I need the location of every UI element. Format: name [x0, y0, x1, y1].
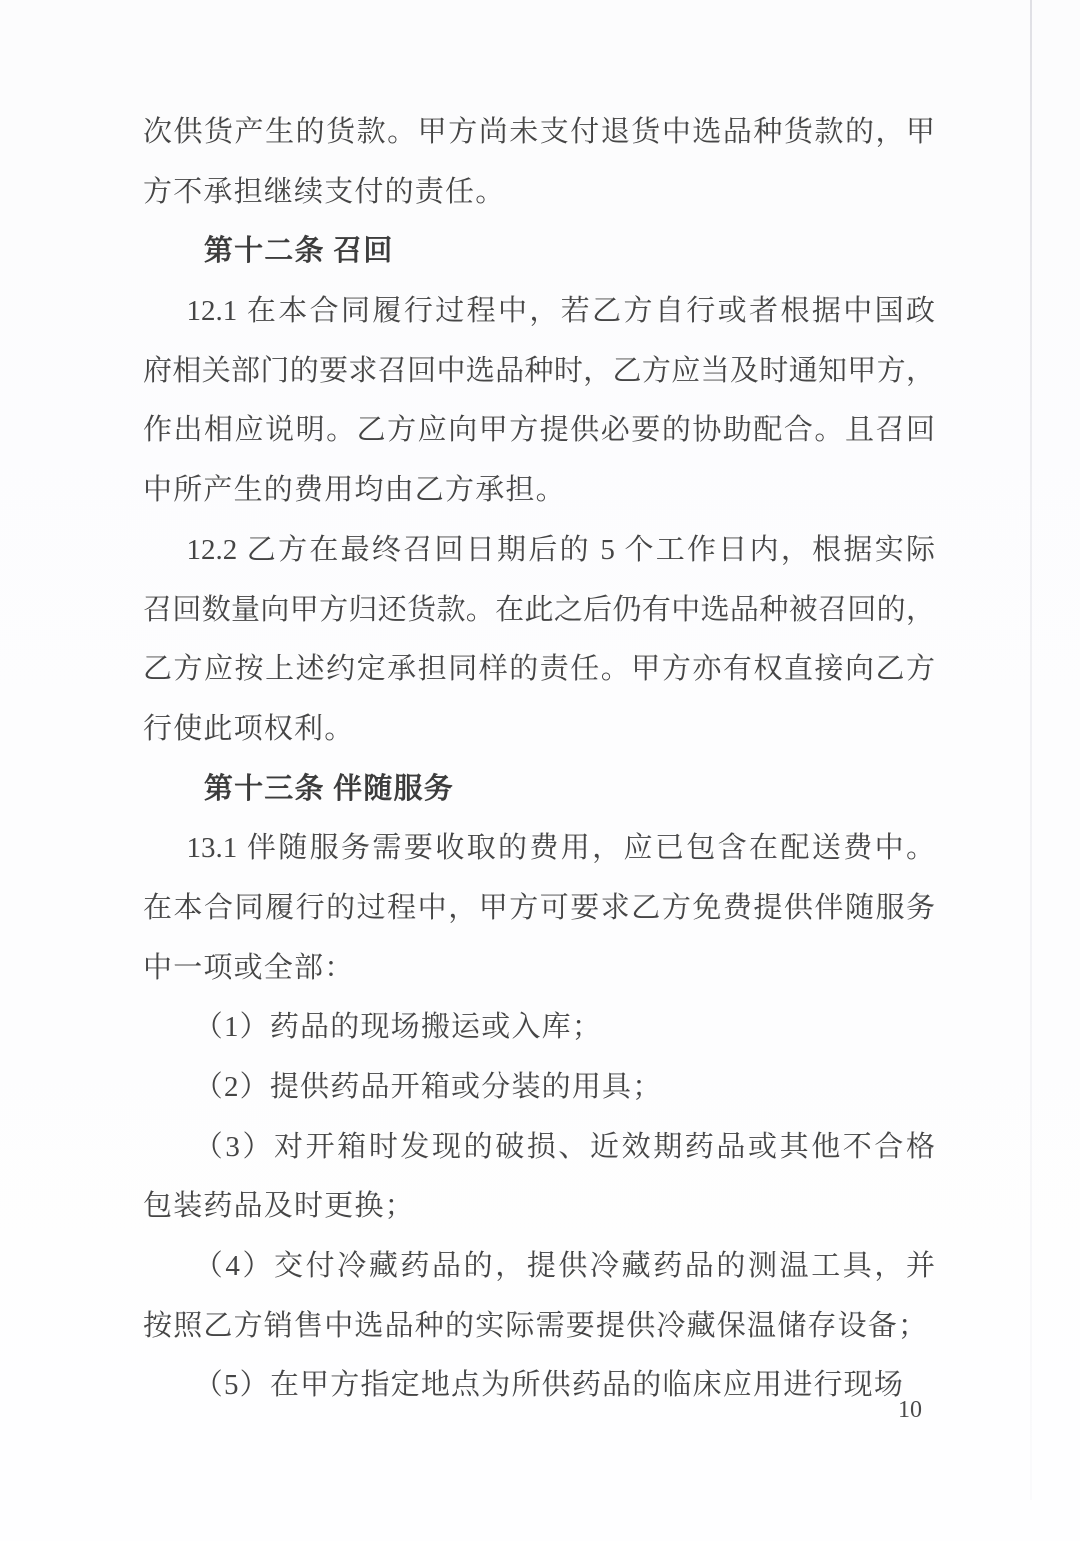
- document-page: 次供货产生的货款。甲方尚未支付退货中选品种货款的，甲方不承担继续支付的责任。第十…: [0, 0, 1080, 1541]
- page-number: 10: [898, 1394, 938, 1426]
- section-heading: 第十二条 召回: [143, 222, 935, 282]
- text-line: 方不承担继续支付的责任。: [143, 163, 935, 223]
- document-body: 次供货产生的货款。甲方尚未支付退货中选品种货款的，甲方不承担继续支付的责任。第十…: [143, 103, 935, 1416]
- list-item: （2）提供药品开箱或分装的用具；: [143, 1058, 935, 1118]
- section-heading: 第十三条 伴随服务: [143, 760, 935, 820]
- text-line: 中所产生的费用均由乙方承担。: [143, 461, 935, 521]
- text-line: 行使此项权利。: [143, 700, 935, 760]
- paragraph: 13.1 伴随服务需要收取的费用，应已包含在配送费中。在本合同履行的过程中，甲方…: [143, 819, 935, 998]
- text-line: 13.1 伴随服务需要收取的费用，应已包含在配送费中。: [143, 819, 935, 879]
- scan-edge-artifact: [1030, 0, 1032, 1500]
- text-line: （4）交付冷藏药品的，提供冷藏药品的测温工具，并: [143, 1237, 935, 1297]
- text-line: （2）提供药品开箱或分装的用具；: [143, 1058, 935, 1118]
- list-item: （1）药品的现场搬运或入库；: [143, 998, 935, 1058]
- paragraph: 次供货产生的货款。甲方尚未支付退货中选品种货款的，甲方不承担继续支付的责任。: [143, 103, 935, 222]
- list-item: （4）交付冷藏药品的，提供冷藏药品的测温工具，并按照乙方销售中选品种的实际需要提…: [143, 1237, 935, 1356]
- text-line: 按照乙方销售中选品种的实际需要提供冷藏保温储存设备；: [143, 1297, 935, 1357]
- text-line: 包装药品及时更换；: [143, 1177, 935, 1237]
- list-item: （5）在甲方指定地点为所供药品的临床应用进行现场: [143, 1356, 935, 1416]
- paragraph: 12.2 乙方在最终召回日期后的 5 个工作日内，根据实际召回数量向甲方归还货款…: [143, 521, 935, 760]
- text-line: （3）对开箱时发现的破损、近效期药品或其他不合格: [143, 1118, 935, 1178]
- text-line: 府相关部门的要求召回中选品种时，乙方应当及时通知甲方，: [143, 342, 935, 402]
- text-line: 召回数量向甲方归还货款。在此之后仍有中选品种被召回的，: [143, 581, 935, 641]
- list-item: （3）对开箱时发现的破损、近效期药品或其他不合格包装药品及时更换；: [143, 1118, 935, 1237]
- text-line: （5）在甲方指定地点为所供药品的临床应用进行现场: [143, 1356, 935, 1416]
- text-line: 12.1 在本合同履行过程中，若乙方自行或者根据中国政: [143, 282, 935, 342]
- text-line: （1）药品的现场搬运或入库；: [143, 998, 935, 1058]
- text-line: 次供货产生的货款。甲方尚未支付退货中选品种货款的，甲: [143, 103, 935, 163]
- text-line: 第十二条 召回: [143, 222, 935, 282]
- text-line: 第十三条 伴随服务: [143, 760, 935, 820]
- text-line: 中一项或全部：: [143, 939, 935, 999]
- text-line: 乙方应按上述约定承担同样的责任。甲方亦有权直接向乙方: [143, 640, 935, 700]
- text-line: 作出相应说明。乙方应向甲方提供必要的协助配合。且召回: [143, 401, 935, 461]
- text-line: 12.2 乙方在最终召回日期后的 5 个工作日内，根据实际: [143, 521, 935, 581]
- paragraph: 12.1 在本合同履行过程中，若乙方自行或者根据中国政府相关部门的要求召回中选品…: [143, 282, 935, 521]
- text-line: 在本合同履行的过程中，甲方可要求乙方免费提供伴随服务: [143, 879, 935, 939]
